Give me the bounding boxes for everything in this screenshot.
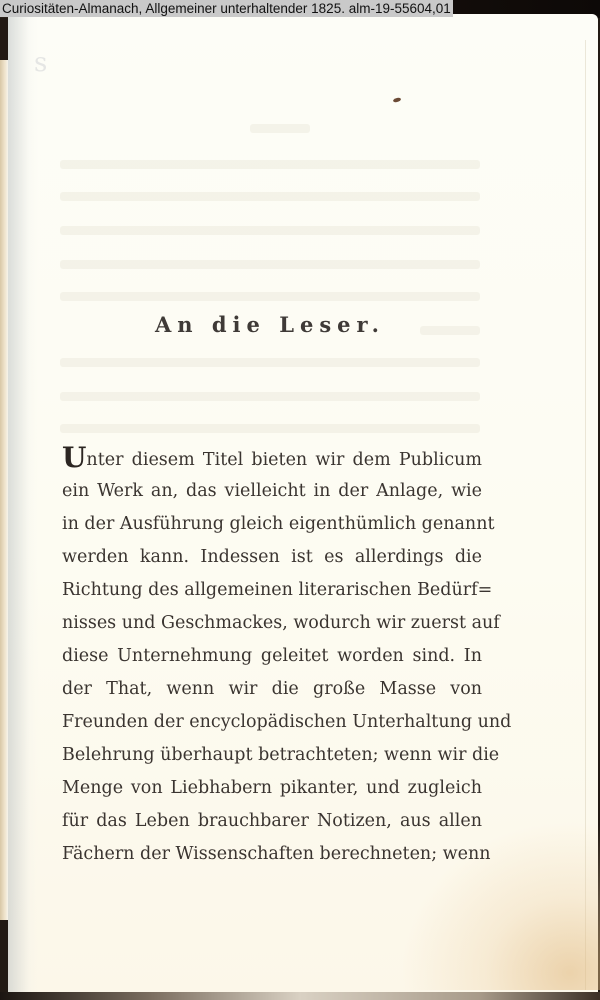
text-line-1: Unter diesem Titel bieten wir dem Public… xyxy=(62,447,482,471)
document-caption-label: Curiositäten-Almanach, Allgemeiner unter… xyxy=(0,0,453,17)
text-line-12: für das Leben brauchbarer Notizen, aus a… xyxy=(62,810,482,832)
text-line-13: Fächern der Wissenschaften berechneten; … xyxy=(62,843,482,865)
scan-bottom-border xyxy=(0,992,600,1000)
text-line-7: diese Unternehmung geleitet worden sind.… xyxy=(62,645,482,667)
text-line-2: ein Werk an, das vielleicht in der Anlag… xyxy=(62,480,482,502)
text-line-10: Belehrung überhaupt betrachteten; wenn w… xyxy=(62,744,482,766)
text-line-6: nisses und Geschmackes, wodurch wir zuer… xyxy=(62,612,482,634)
drop-initial: U xyxy=(62,441,86,474)
page-left-edge xyxy=(0,60,8,920)
text-line-8: der That, wenn wir die große Masse von xyxy=(62,678,482,700)
binding-gutter-shadow xyxy=(8,14,38,996)
text-line-5: Richtung des allgemeinen literarischen B… xyxy=(62,579,482,601)
scanned-page-view: Curiositäten-Almanach, Allgemeiner unter… xyxy=(0,0,600,1000)
page-title: An die Leser. xyxy=(155,312,395,337)
text-line-3: in der Ausführung gleich eigenthümlich g… xyxy=(62,513,482,535)
text-line-9: Freunden der encyclopädischen Unterhaltu… xyxy=(62,711,482,733)
text-line-11: Menge von Liebhabern pikanter, und zugle… xyxy=(62,777,482,799)
text-line-4: werden kann. Indessen ist es allerdings … xyxy=(62,546,482,568)
